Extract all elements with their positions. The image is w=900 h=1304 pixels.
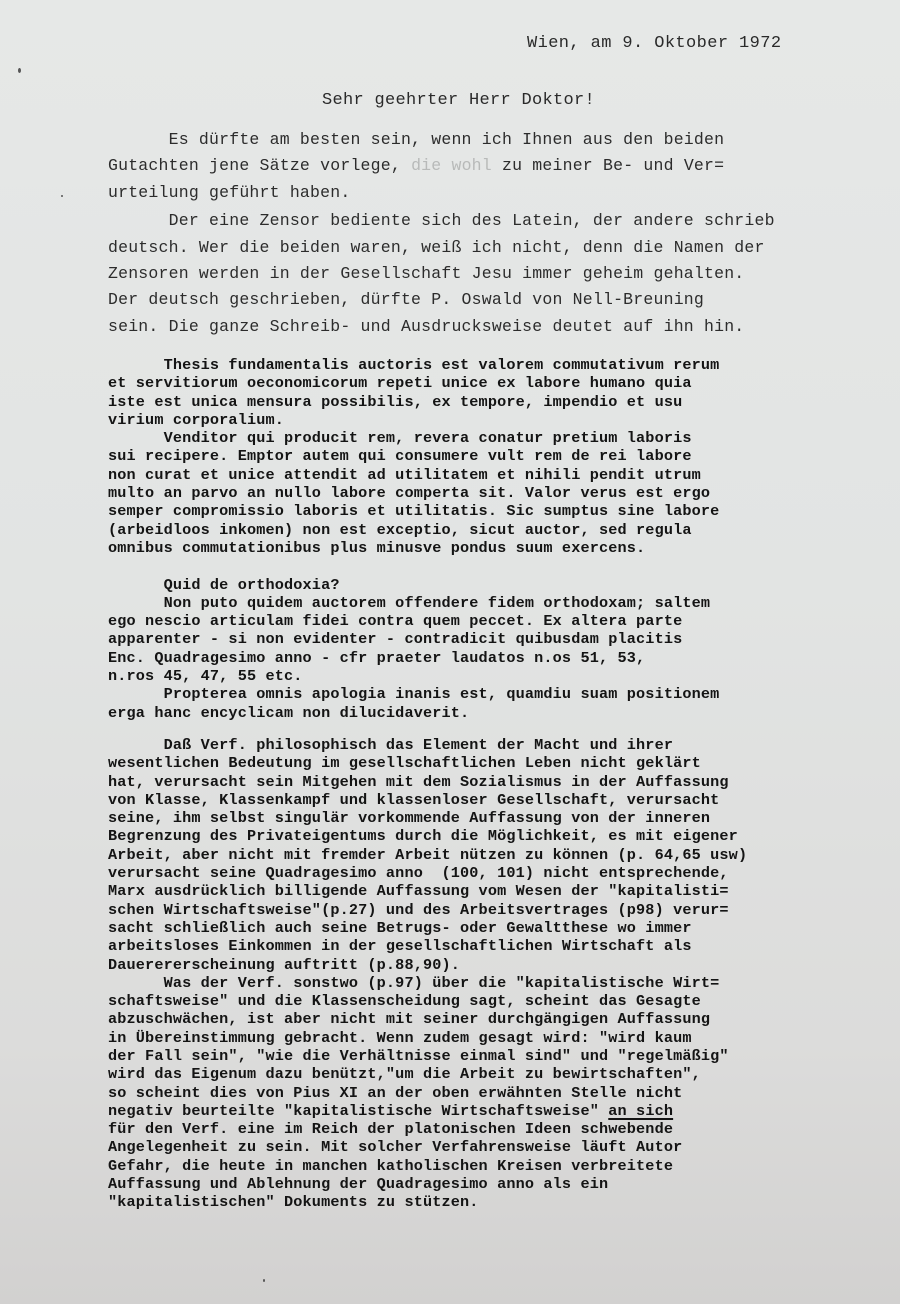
text-line: hat, verursacht sein Mitgehen mit dem So… <box>108 773 900 791</box>
text-line: non curat et unice attendit ad utilitate… <box>108 466 900 484</box>
paragraph: Daß Verf. philosophisch das Element der … <box>108 736 900 974</box>
text-line: Gefahr, die heute in manchen katholische… <box>108 1157 900 1175</box>
paper-speck <box>263 1279 265 1282</box>
text-line: Es dürfte am besten sein, wenn ich Ihnen… <box>108 127 868 153</box>
text-line: Enc. Quadragesimo anno - cfr praeter lau… <box>108 649 900 667</box>
underlined-emphasis: an sich <box>608 1102 673 1120</box>
text-line: Quid de orthodoxia? <box>108 576 900 594</box>
text-line: Dauerererscheinung auftritt (p.88,90). <box>108 956 900 974</box>
paragraph: Es dürfte am besten sein, wenn ich Ihnen… <box>108 127 868 206</box>
text-line: verursacht seine Quadragesimo anno (100,… <box>108 864 900 882</box>
text-line: deutsch. Wer die beiden waren, weiß ich … <box>108 235 868 261</box>
text-line: Begrenzung des Privateigentums durch die… <box>108 827 900 845</box>
text-line: iste est unica mensura possibilis, ex te… <box>108 393 900 411</box>
text-line: in Übereinstimmung gebracht. Wenn zudem … <box>108 1029 900 1047</box>
letter-intro: Es dürfte am besten sein, wenn ich Ihnen… <box>108 127 868 340</box>
salutation: Sehr geehrter Herr Doktor! <box>322 91 595 110</box>
text-line: (arbeidloos inkomen) non est exceptio, s… <box>108 521 900 539</box>
text-line: Thesis fundamentalis auctoris est valore… <box>108 356 900 374</box>
text-line: "kapitalistischen" Dokuments zu stützen. <box>108 1193 900 1211</box>
text-line: ego nescio articulam fidei contra quem p… <box>108 612 900 630</box>
text-line: sacht schließlich auch seine Betrugs- od… <box>108 919 900 937</box>
text-line: Propterea omnis apologia inanis est, qua… <box>108 685 900 703</box>
text-line: Marx ausdrücklich billigende Auffassung … <box>108 882 900 900</box>
paragraph: Thesis fundamentalis auctoris est valore… <box>108 356 900 429</box>
text-line: Zensoren werden in der Gesellschaft Jesu… <box>108 261 868 287</box>
text-line: et servitiorum oeconomicorum repeti unic… <box>108 374 900 392</box>
text-line: Venditor qui producit rem, revera conatu… <box>108 429 900 447</box>
paragraph: Der eine Zensor bediente sich des Latein… <box>108 208 868 340</box>
german-censor-opinion: Daß Verf. philosophisch das Element der … <box>108 736 900 1212</box>
text-line: Der deutsch geschrieben, dürfte P. Oswal… <box>108 287 868 313</box>
text-line: abzuschwächen, ist aber nicht mit seiner… <box>108 1010 900 1028</box>
text-line: omnibus commutationibus plus minusve pon… <box>108 539 900 557</box>
paragraph: Propterea omnis apologia inanis est, qua… <box>108 685 900 722</box>
censor-excerpts: Thesis fundamentalis auctoris est valore… <box>108 356 900 1212</box>
text-line: semper compromissio laboris et utilitati… <box>108 502 900 520</box>
text-line: wesentlichen Bedeutung im gesellschaftli… <box>108 754 900 772</box>
text-line: der Fall sein", "wie die Verhältnisse ei… <box>108 1047 900 1065</box>
text-line: virium corporalium. <box>108 411 900 429</box>
paper-speck <box>18 68 21 73</box>
text-line: apparenter - si non evidenter - contradi… <box>108 630 900 648</box>
paragraph: Was der Verf. sonstwo (p.97) über die "k… <box>108 974 900 1212</box>
paper-speck <box>61 195 63 197</box>
paragraph: Quid de orthodoxia? <box>108 576 900 594</box>
text-line: von Klasse, Klassenkampf und klassenlose… <box>108 791 900 809</box>
text-line: sui recipere. Emptor autem qui consumere… <box>108 447 900 465</box>
text-line: für den Verf. eine im Reich der platonis… <box>108 1120 900 1138</box>
text-line: so scheint dies von Pius XI an der oben … <box>108 1084 900 1102</box>
text-line: arbeitsloses Einkommen in der gesellscha… <box>108 937 900 955</box>
text-line: n.ros 45, 47, 55 etc. <box>108 667 900 685</box>
text-line: sein. Die ganze Schreib- und Ausdruckswe… <box>108 314 868 340</box>
paragraph: Non puto quidem auctorem offendere fidem… <box>108 594 900 685</box>
text-line: Der eine Zensor bediente sich des Latein… <box>108 208 868 234</box>
text-line: schen Wirtschaftsweise"(p.27) und des Ar… <box>108 901 900 919</box>
text-line: Non puto quidem auctorem offendere fidem… <box>108 594 900 612</box>
text-line: negativ beurteilte "kapitalistische Wirt… <box>108 1102 900 1120</box>
place-date: Wien, am 9. Oktober 1972 <box>527 34 781 53</box>
latin-censor-opinion: Thesis fundamentalis auctoris est valore… <box>108 356 900 722</box>
text-line: Gutachten jene Sätze vorlege, die wohl z… <box>108 153 868 179</box>
text-line: seine, ihm selbst singulär vorkommende A… <box>108 809 900 827</box>
text-line: Was der Verf. sonstwo (p.97) über die "k… <box>108 974 900 992</box>
paragraph: Venditor qui producit rem, revera conatu… <box>108 429 900 557</box>
text-line: multo an parvo an nullo labore comperta … <box>108 484 900 502</box>
text-line: Auffassung und Ablehnung der Quadragesim… <box>108 1175 900 1193</box>
text-line: Arbeit, aber nicht mit fremder Arbeit nü… <box>108 846 900 864</box>
text-line: Daß Verf. philosophisch das Element der … <box>108 736 900 754</box>
text-line: erga hanc encyclicam non dilucidaverit. <box>108 704 900 722</box>
text-line: urteilung geführt haben. <box>108 180 868 206</box>
typewritten-letter-page: Wien, am 9. Oktober 1972 Sehr geehrter H… <box>0 0 900 1304</box>
text-line: Angelegenheit zu sein. Mit solcher Verfa… <box>108 1138 900 1156</box>
text-line: wird das Eigenum dazu benützt,"um die Ar… <box>108 1065 900 1083</box>
faded-text: die wohl <box>411 156 492 175</box>
text-line: schaftsweise" und die Klassenscheidung s… <box>108 992 900 1010</box>
